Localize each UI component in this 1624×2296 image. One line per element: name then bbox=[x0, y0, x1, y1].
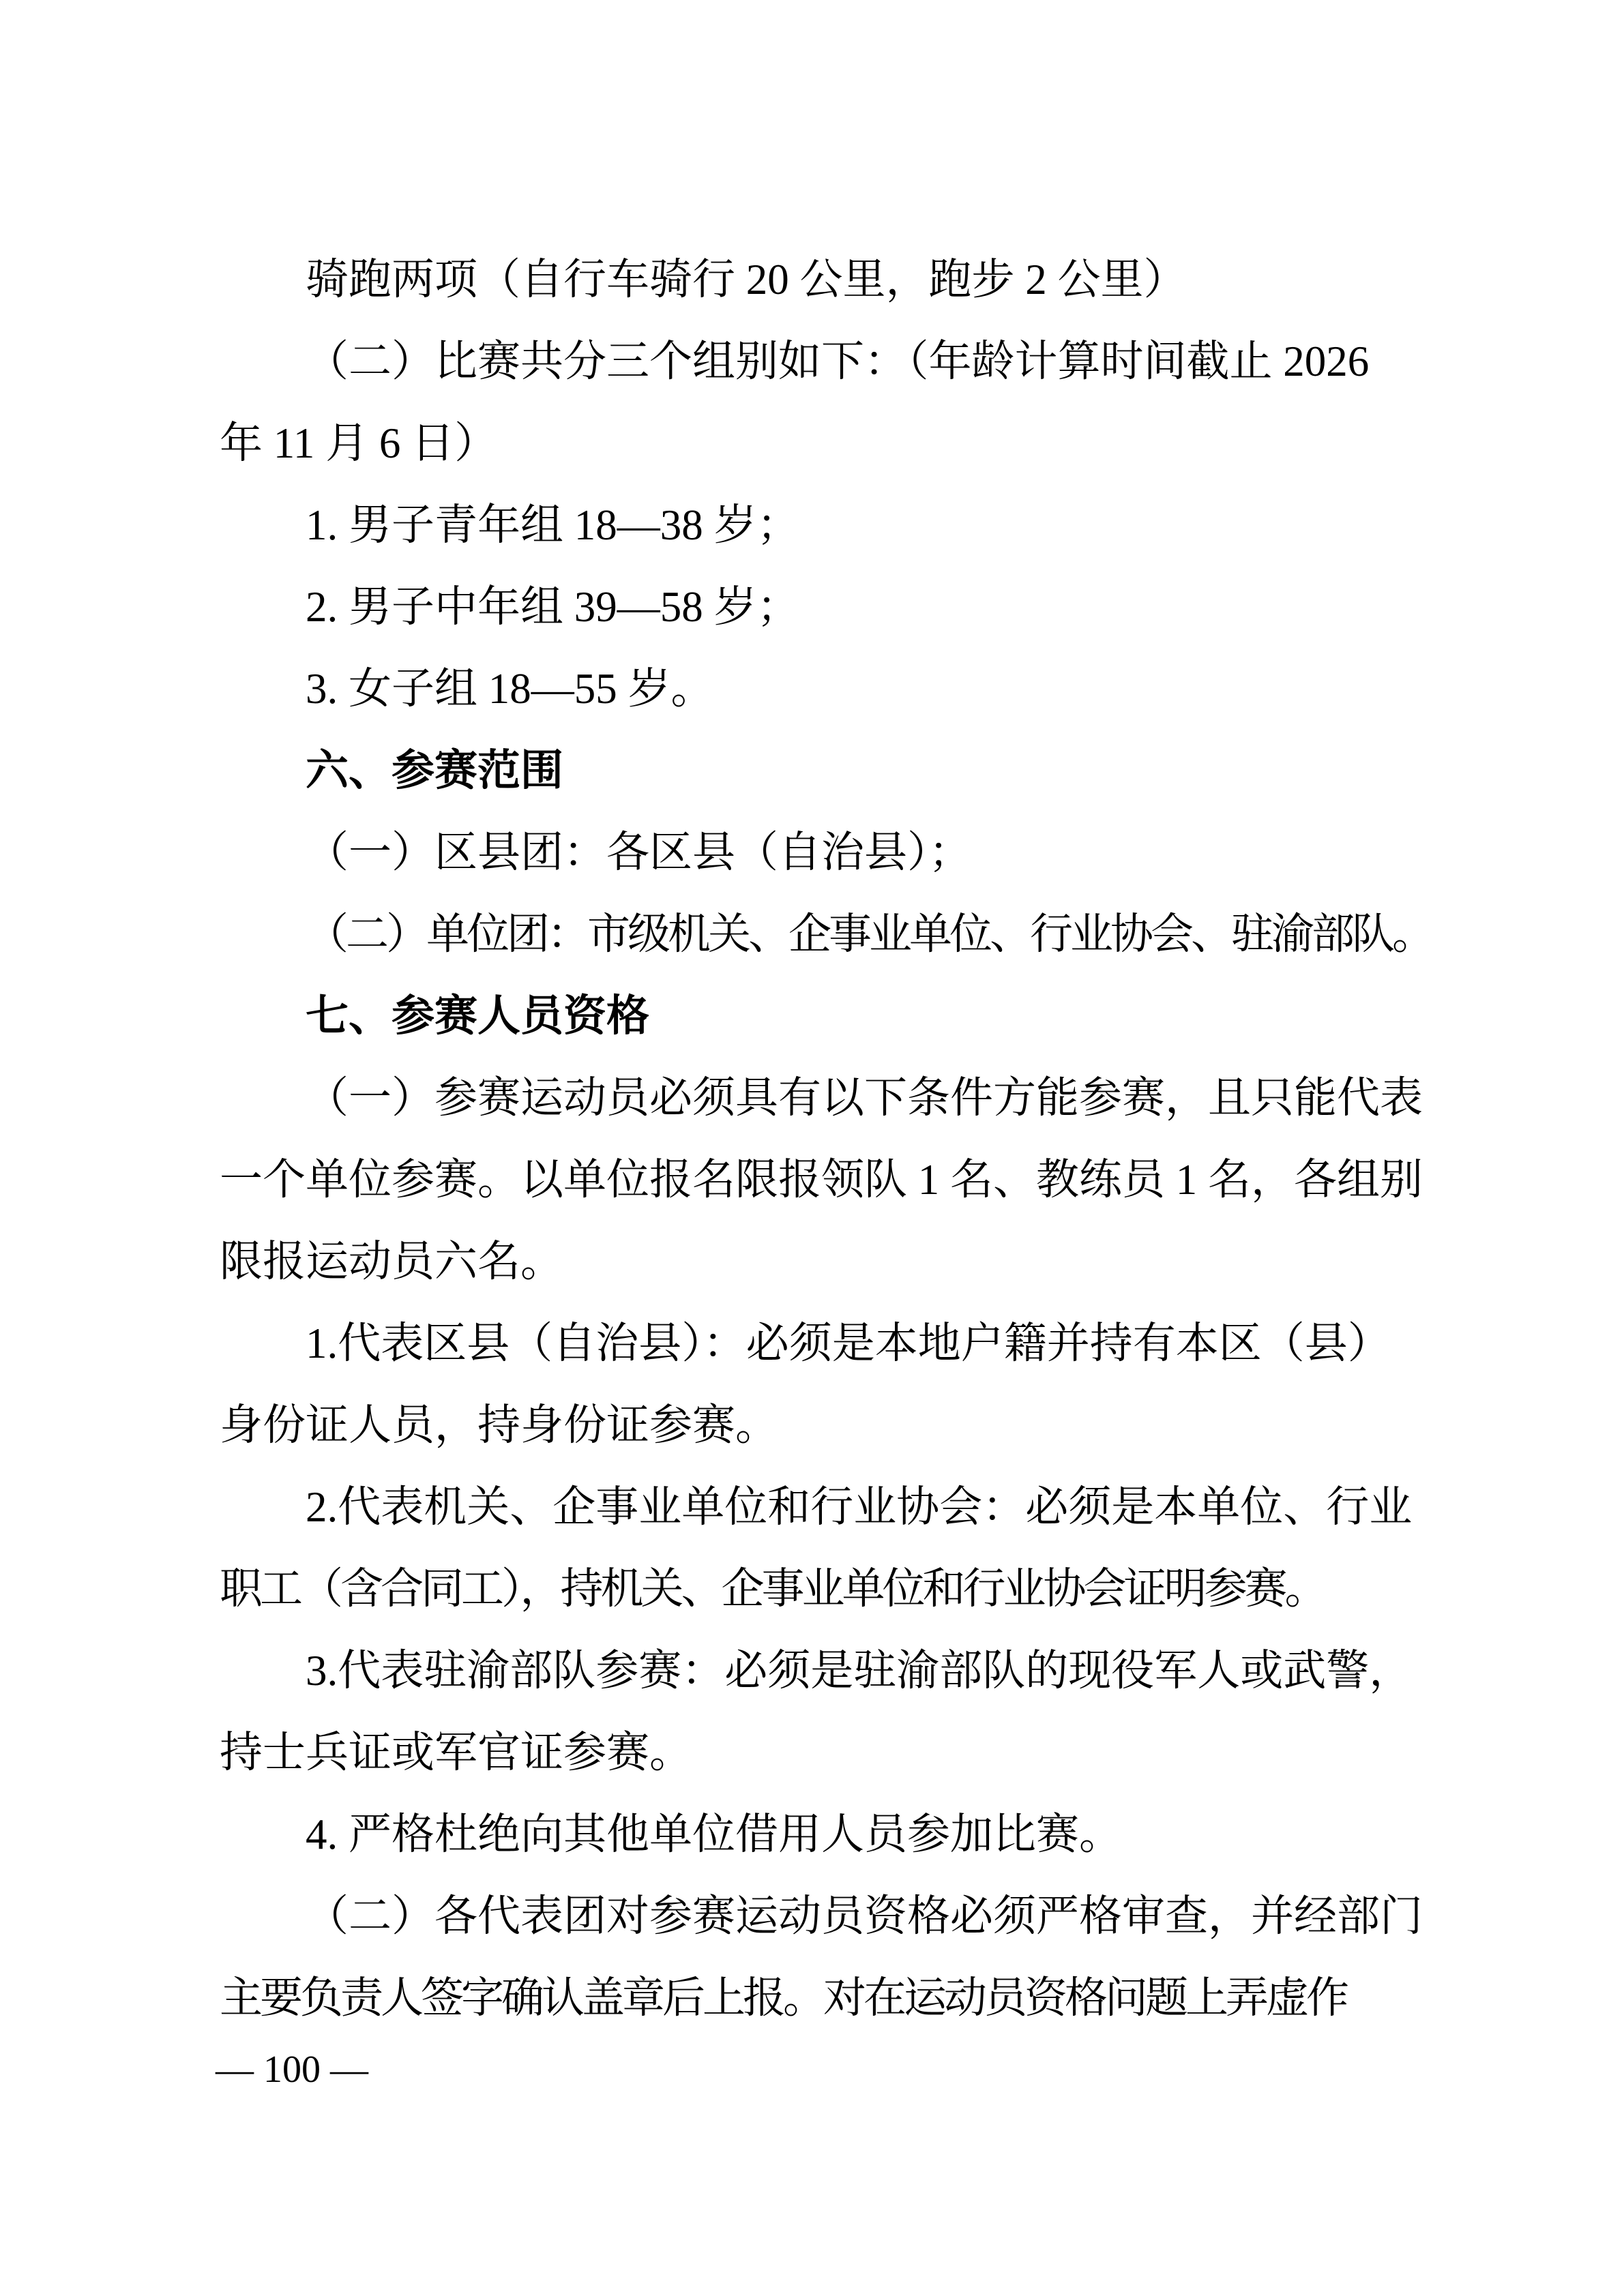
text-line: （二）单位团：市级机关、企事业单位、行业协会、驻渝部队。 bbox=[220, 893, 1424, 975]
text-line: 3.代表驻渝部队参赛：必须是驻渝部队的现役军人或武警， bbox=[220, 1630, 1424, 1712]
text-line: 职工（含合同工），持机关、企事业单位和行业协会证明参赛。 bbox=[220, 1548, 1424, 1630]
text-line: 骑跑两项（自行车骑行 20 公里，跑步 2 公里） bbox=[220, 239, 1424, 320]
text-line: 2. 男子中年组 39—58 岁； bbox=[220, 566, 1424, 648]
text-line: 1. 男子青年组 18—38 岁； bbox=[220, 484, 1424, 566]
text-line: 持士兵证或军官证参赛。 bbox=[220, 1712, 1424, 1793]
text-line: 一个单位参赛。以单位报名限报领队 1 名、教练员 1 名，各组别 bbox=[220, 1139, 1424, 1221]
text-line: 4. 严格杜绝向其他单位借用人员参加比赛。 bbox=[220, 1793, 1424, 1875]
page-number: — 100 — bbox=[216, 2046, 368, 2093]
text-line: 1.代表区县（自治县）：必须是本地户籍并持有本区（县） bbox=[220, 1302, 1424, 1384]
text-line: （二）比赛共分三个组别如下：（年龄计算时间截止 2026 bbox=[220, 320, 1424, 402]
document-page: 骑跑两项（自行车骑行 20 公里，跑步 2 公里）（二）比赛共分三个组别如下：（… bbox=[0, 0, 1624, 2296]
text-line: 限报运动员六名。 bbox=[220, 1221, 1424, 1302]
text-line: 身份证人员，持身份证参赛。 bbox=[220, 1384, 1424, 1466]
section-heading: 七、参赛人员资格 bbox=[220, 975, 1424, 1057]
text-line: 主要负责人签字确认盖章后上报。对在运动员资格问题上弄虚作 bbox=[220, 1957, 1424, 2039]
text-line: （二）各代表团对参赛运动员资格必须严格审查，并经部门 bbox=[220, 1875, 1424, 1957]
text-line: （一）参赛运动员必须具有以下条件方能参赛，且只能代表 bbox=[220, 1057, 1424, 1139]
text-line: 3. 女子组 18—55 岁。 bbox=[220, 648, 1424, 730]
text-line: 年 11 月 6 日） bbox=[220, 402, 1424, 484]
text-line: （一）区县团：各区县（自治县）； bbox=[220, 811, 1424, 893]
document-body: 骑跑两项（自行车骑行 20 公里，跑步 2 公里）（二）比赛共分三个组别如下：（… bbox=[220, 239, 1424, 2039]
section-heading: 六、参赛范围 bbox=[220, 730, 1424, 811]
text-line: 2.代表机关、企事业单位和行业协会：必须是本单位、行业 bbox=[220, 1466, 1424, 1548]
